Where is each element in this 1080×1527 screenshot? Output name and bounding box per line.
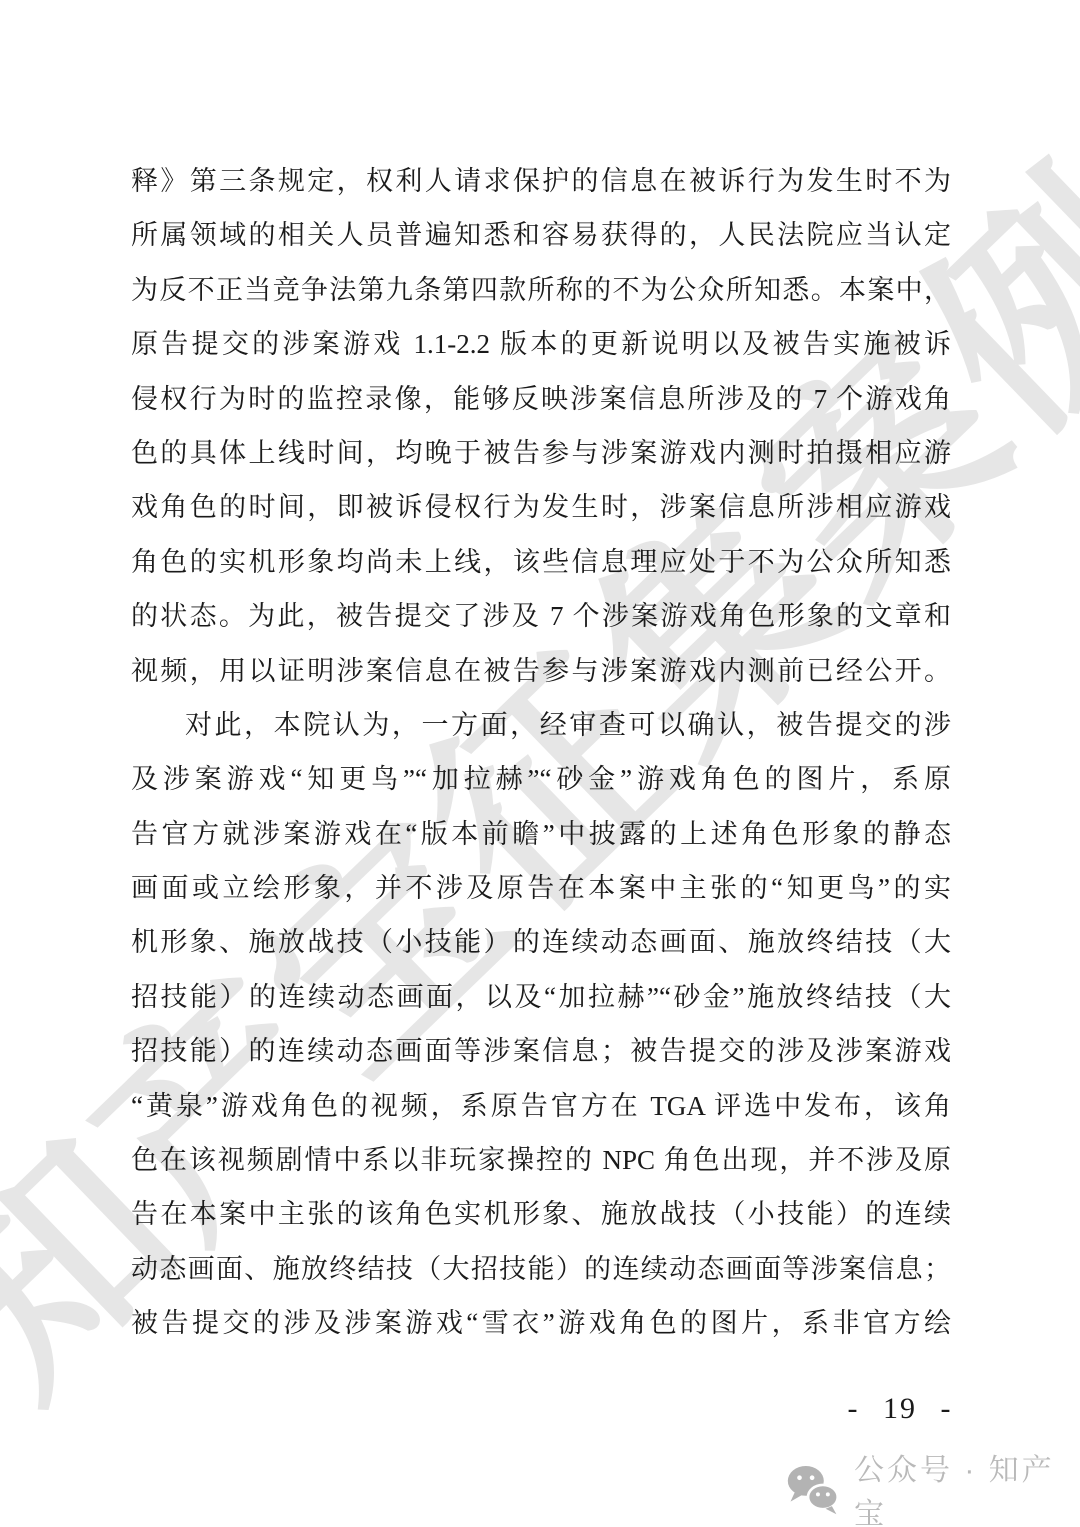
page-number: - 19 - — [800, 1392, 1000, 1426]
text-line: 告在本案中主张的该角色实机形象、施放战技（小技能）的连续 — [131, 1187, 951, 1241]
text-line: 画面或立绘形象，并不涉及原告在本案中主张的“知更鸟”的实 — [131, 861, 951, 915]
text-line: 机形象、施放战技（小技能）的连续动态画面、施放终结技（大 — [131, 915, 951, 969]
text-line: 的状态。为此，被告提交了涉及 7 个涉案游戏角色形象的文章和 — [131, 589, 951, 643]
text-line: 被告提交的涉及涉案游戏“雪衣”游戏角色的图片，系非官方绘 — [131, 1296, 951, 1350]
document-page: 知产宝征集案例 释》第三条规定，权利人请求保护的信息在被诉行为发生时不为所属领域… — [0, 0, 1080, 1527]
document-body: 释》第三条规定，权利人请求保护的信息在被诉行为发生时不为所属领域的相关人员普遍知… — [131, 154, 951, 1351]
text-line: 原告提交的涉案游戏 1.1-2.2 版本的更新说明以及被告实施被诉 — [131, 317, 951, 371]
wechat-account-label: 公众号 · 知产宝 — [854, 1445, 1080, 1527]
text-line: 侵权行为时的监控录像，能够反映涉案信息所涉及的 7 个游戏角 — [131, 372, 951, 426]
text-line: 及涉案游戏“知更鸟”“加拉赫”“砂金”游戏角色的图片，系原 — [131, 752, 951, 806]
text-line: 释》第三条规定，权利人请求保护的信息在被诉行为发生时不为 — [131, 154, 951, 208]
text-line: 告官方就涉案游戏在“版本前瞻”中披露的上述角色形象的静态 — [131, 807, 951, 861]
text-line: 色的具体上线时间，均晚于被告参与涉案游戏内测时拍摄相应游 — [131, 426, 951, 480]
wechat-icon — [786, 1462, 840, 1516]
text-line: 动态画面、施放终结技（大招技能）的连续动态画面等涉案信息； — [131, 1242, 951, 1296]
text-line: 色在该视频剧情中系以非玩家操控的 NPC 角色出现，并不涉及原 — [131, 1133, 951, 1187]
text-line: 视频，用以证明涉案信息在被告参与涉案游戏内测前已经公开。 — [131, 644, 951, 698]
text-line: 对此，本院认为，一方面，经审查可以确认，被告提交的涉 — [131, 698, 951, 752]
text-line: “黄泉”游戏角色的视频，系原告官方在 TGA 评选中发布，该角 — [131, 1079, 951, 1133]
text-line: 所属领域的相关人员普遍知悉和容易获得的，人民法院应当认定 — [131, 208, 951, 262]
text-line: 为反不正当竞争法第九条第四款所称的不为公众所知悉。本案中， — [131, 263, 951, 317]
text-line: 招技能）的连续动态画面等涉案信息；被告提交的涉及涉案游戏 — [131, 1024, 951, 1078]
text-line: 招技能）的连续动态画面，以及“加拉赫”“砂金”施放终结技（大 — [131, 970, 951, 1024]
wechat-banner: 公众号 · 知产宝 — [786, 1456, 1080, 1522]
text-line: 戏角色的时间，即被诉侵权行为发生时，涉案信息所涉相应游戏 — [131, 480, 951, 534]
text-line: 角色的实机形象均尚未上线，该些信息理应处于不为公众所知悉 — [131, 535, 951, 589]
